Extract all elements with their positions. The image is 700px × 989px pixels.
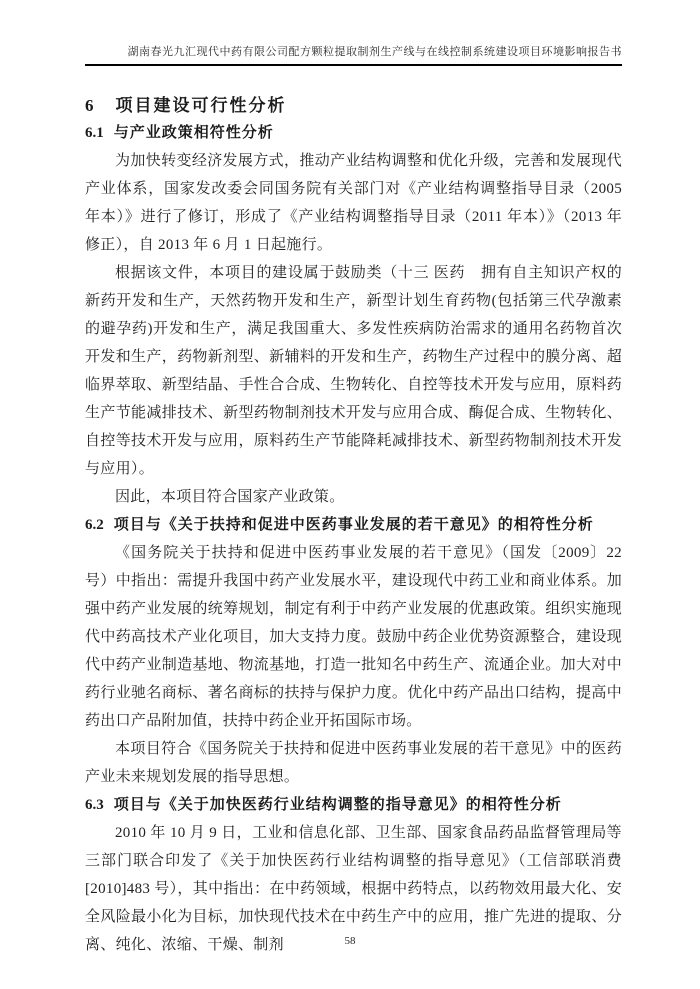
section-heading-6.1: 6.1与产业政策相符性分析 [85,119,622,147]
paragraph: 因此，本项目符合国家产业政策。 [85,483,622,511]
document-page: 湖南春光九汇现代中药有限公司配方颗粒提取制剂生产线与在线控制系统建设项目环境影响… [0,0,700,989]
section-number: 6.3 [85,797,104,813]
paragraph: 为加快转变经济发展方式，推动产业结构调整和优化升级，完善和发展现代产业体系，国家… [85,147,622,259]
section-title: 项目与《关于加快医药行业结构调整的指导意见》的相符性分析 [114,797,562,813]
document-body: 6项目建设可行性分析6.1与产业政策相符性分析为加快转变经济发展方式，推动产业结… [85,93,622,959]
section-title: 项目与《关于扶持和促进中医药事业发展的若干意见》的相符性分析 [114,517,594,533]
section-heading-6.2: 6.2项目与《关于扶持和促进中医药事业发展的若干意见》的相符性分析 [85,511,622,539]
page-footer: 58 [0,935,700,947]
section-number: 6.2 [85,517,104,533]
section-heading-6.3: 6.3项目与《关于加快医药行业结构调整的指导意见》的相符性分析 [85,791,622,819]
section-title: 与产业政策相符性分析 [114,125,274,141]
section-heading-6: 6项目建设可行性分析 [85,93,622,119]
section-number: 6.1 [85,125,104,141]
page-header: 湖南春光九汇现代中药有限公司配方颗粒提取制剂生产线与在线控制系统建设项目环境影响… [85,0,622,66]
paragraph: 根据该文件，本项目的建设属于鼓励类（十三 医药 拥有自主知识产权的新药开发和生产… [85,259,622,483]
section-title: 项目建设可行性分析 [116,96,287,115]
paragraph: 《国务院关于扶持和促进中医药事业发展的若干意见》（国发〔2009〕22 号）中指… [85,539,622,735]
page-number: 58 [345,935,356,947]
paragraph: 本项目符合《国务院关于扶持和促进中医药事业发展的若干意见》中的医药产业未来规划发… [85,735,622,791]
section-number: 6 [85,96,94,115]
header-title: 湖南春光九汇现代中药有限公司配方颗粒提取制剂生产线与在线控制系统建设项目环境影响… [128,46,623,58]
